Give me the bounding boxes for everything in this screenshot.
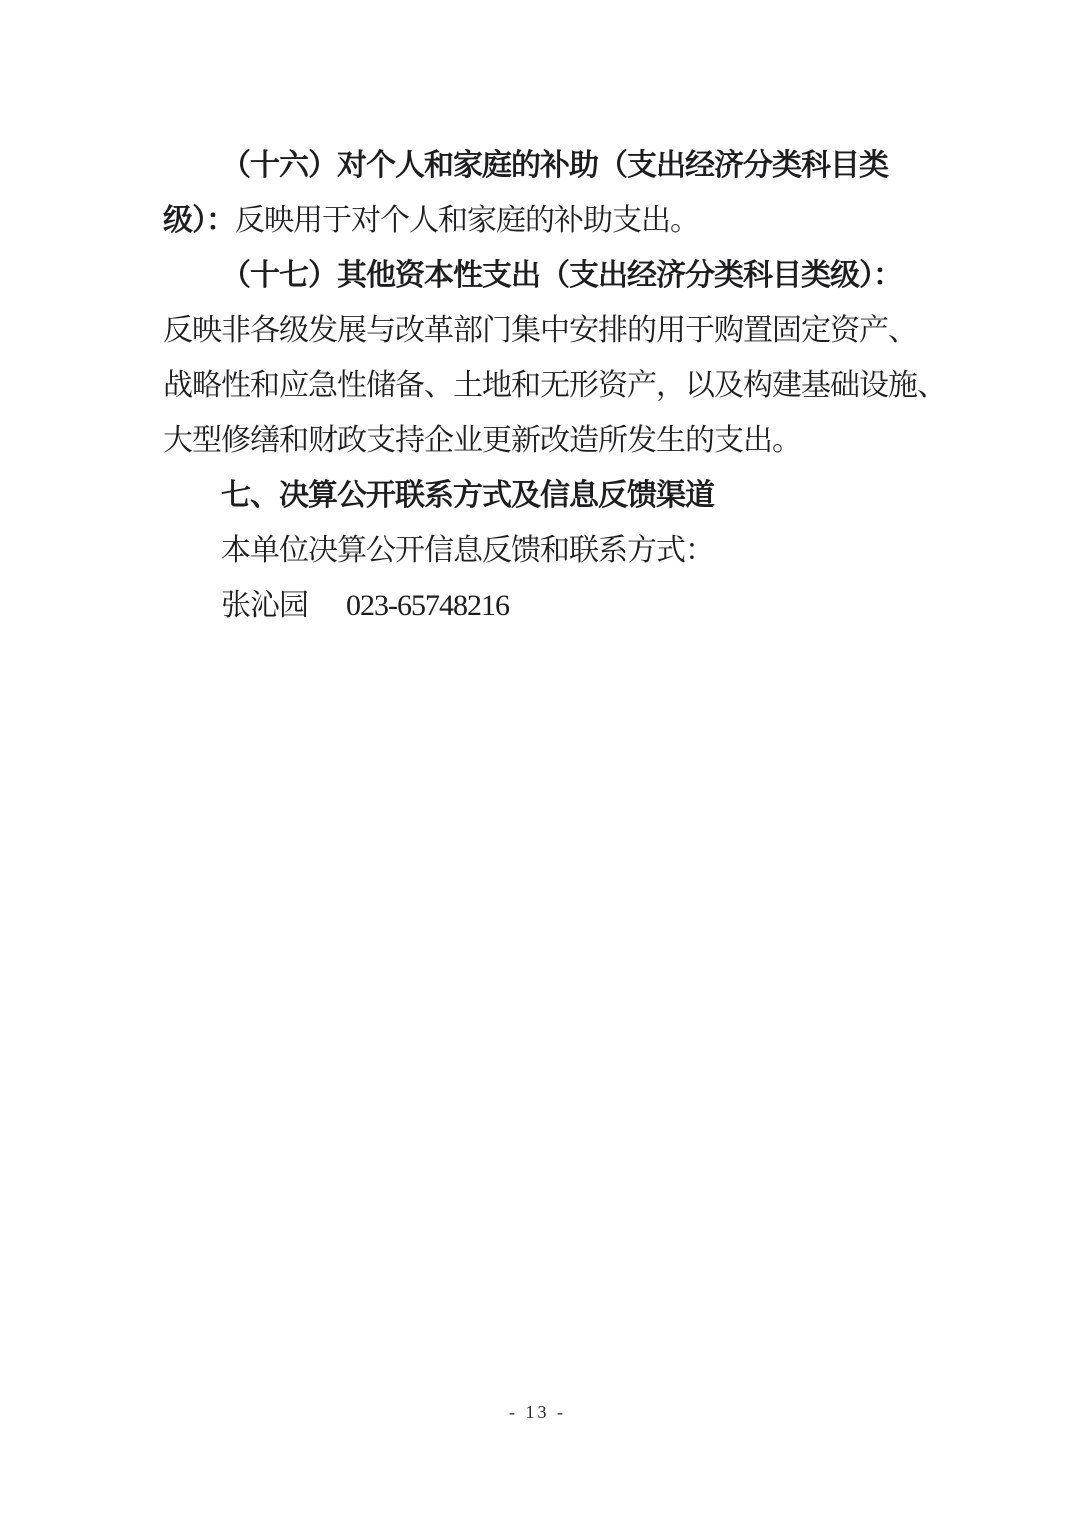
text-line: 七、决算公开联系方式及信息反馈渠道 <box>163 468 923 523</box>
text-line: 张沁园023-65748216 <box>163 578 923 633</box>
document-body: （十六）对个人和家庭的补助（支出经济分类科目类级）：反映用于对个人和家庭的补助支… <box>163 138 923 633</box>
text-segment: 反映用于对个人和家庭的补助支出。 <box>235 204 699 237</box>
text-segment: 战略性和应急性储备、土地和无形资产，以及构建基础设施、 <box>163 369 946 402</box>
text-segment: 张沁园 <box>221 589 308 622</box>
text-line: （十六）对个人和家庭的补助（支出经济分类科目类 <box>163 138 923 193</box>
document-page: （十六）对个人和家庭的补助（支出经济分类科目类级）：反映用于对个人和家庭的补助支… <box>0 0 1075 1520</box>
text-line: 本单位决算公开信息反馈和联系方式： <box>163 523 923 578</box>
text-segment: （十六）对个人和家庭的补助（支出经济分类科目类 <box>221 149 888 182</box>
text-line: （十七）其他资本性支出（支出经济分类科目类级）： <box>163 248 923 303</box>
page-number: - 13 - <box>0 1402 1075 1423</box>
text-segment: 大型修缮和财政支持企业更新改造所发生的支出。 <box>163 424 801 457</box>
text-line: 战略性和应急性储备、土地和无形资产，以及构建基础设施、 <box>163 358 923 413</box>
text-segment: 023-65748216 <box>346 589 509 622</box>
text-segment: 反映非各级发展与改革部门集中安排的用于购置固定资产、 <box>163 314 917 347</box>
text-line: 级）：反映用于对个人和家庭的补助支出。 <box>163 193 923 248</box>
text-segment: （十七）其他资本性支出（支出经济分类科目类级）： <box>221 259 902 292</box>
text-segment: 七、决算公开联系方式及信息反馈渠道 <box>221 479 714 512</box>
text-segment: 级）： <box>163 204 235 237</box>
text-line: 反映非各级发展与改革部门集中安排的用于购置固定资产、 <box>163 303 923 358</box>
text-segment: 本单位决算公开信息反馈和联系方式： <box>221 534 714 567</box>
text-line: 大型修缮和财政支持企业更新改造所发生的支出。 <box>163 413 923 468</box>
